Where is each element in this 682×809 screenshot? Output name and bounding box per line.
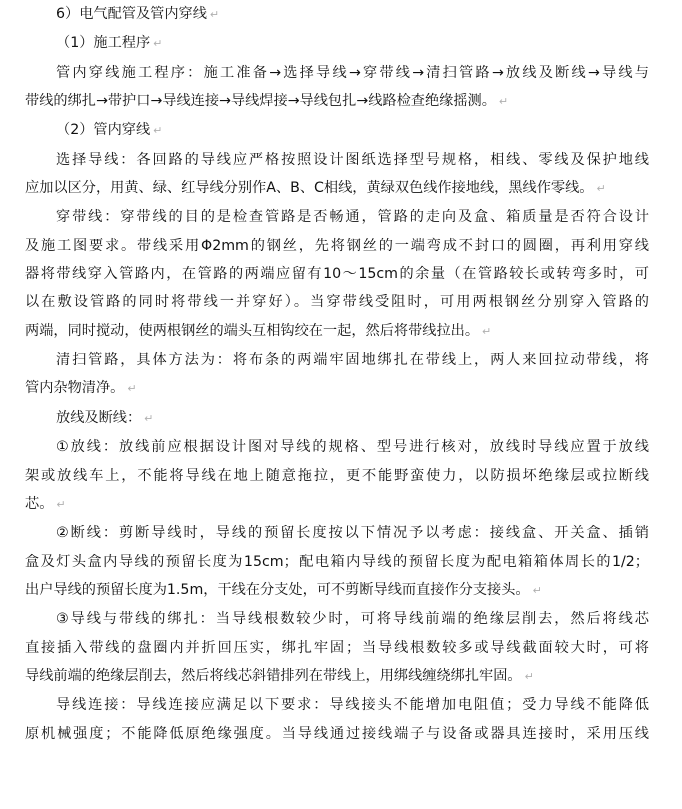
text-line: ①放线：放线前应根据设计图对导线的规格、型号进行核对，放线时导线应置于放线 bbox=[25, 433, 649, 461]
text-line: ③导线与带线的绑扎：当导线根数较少时，可将导线前端的绝缘层削去，然后将线芯 bbox=[25, 605, 649, 633]
text-line: 带线的绑扎→带护口→导线连接→导线焊接→导线包扎→线路检查绝缘摇测。 bbox=[25, 93, 496, 109]
text-line: 盒及灯头盒内导线的预留长度为15cm；配电箱内导线的预留长度为配电箱箱体周长的1… bbox=[25, 548, 649, 576]
paragraph-clean-pipe: 清扫管路，具体方法为：将布条的两端牢固地绑扎在带线上，两人来回拉动带线，将 管内… bbox=[25, 346, 649, 404]
paragraph-pull-wire: 穿带线：穿带线的目的是检查管路是否畅通，管路的走向及盒、箱质量是否符合设计 及施… bbox=[25, 203, 649, 346]
paragraph-procedure-flow: 管内穿线施工程序：施工准备→选择导线→穿带线→清扫管路→放线及断线→导线与 带线… bbox=[25, 59, 649, 117]
text-line: 以在敷设管路的同时将带线一并穿好）。当穿带线受阻时，可用两根钢丝分别穿入管路的 bbox=[25, 288, 649, 316]
text-line: 导线连接：导线连接应满足以下要求：导线接头不能增加电阻值；受力导线不能降低 bbox=[25, 691, 649, 719]
paragraph-mark-icon: ↵ bbox=[210, 8, 219, 21]
paragraph-mark-icon: ↵ bbox=[144, 412, 153, 425]
paragraph-select-wire: 选择导线：各回路的导线应严格按照设计图纸选择型号规格，相线、零线及保护地线 应加… bbox=[25, 146, 649, 204]
subheading-wire-threading: （2）管内穿线↵ bbox=[25, 116, 649, 145]
paragraph-mark-icon: ↵ bbox=[525, 670, 534, 683]
text-line: 出户导线的预留长度为1.5m，干线在分支处，可不剪断导线而直接作分支接头。 bbox=[25, 582, 530, 598]
paragraph-mark-icon: ↵ bbox=[127, 382, 136, 395]
paragraph-pay-out-and-cut: 放线及断线：↵ bbox=[25, 404, 649, 433]
paragraph-binding: ③导线与带线的绑扎：当导线根数较少时，可将导线前端的绝缘层削去，然后将线芯 直接… bbox=[25, 605, 649, 691]
text-line: 器将带线穿入管路内，在管路的两端应留有10～15cm的余量（在管路较长或转弯多时… bbox=[25, 260, 649, 288]
paragraph-mark-icon: ↵ bbox=[499, 95, 508, 108]
text-line: 选择导线：各回路的导线应严格按照设计图纸选择型号规格，相线、零线及保护地线 bbox=[25, 146, 649, 174]
paragraph-mark-icon: ↵ bbox=[153, 37, 162, 50]
heading-text: 6）电气配管及管内穿线 bbox=[56, 6, 207, 22]
text-line: 导线前端的绝缘层削去，然后将线芯斜错排列在带线上，用绑线缠绕绑扎牢固。 bbox=[25, 668, 522, 684]
paragraph-mark-icon: ↵ bbox=[596, 182, 605, 195]
subheading-text: （1）施工程序 bbox=[56, 35, 150, 51]
section-heading-6: 6）电气配管及管内穿线↵ bbox=[25, 0, 649, 29]
text-line: 管内杂物清净。 bbox=[25, 380, 124, 396]
text-line: 直接插入带线的盘圈内并折回压实，绑扎牢固；当导线根数较多或导线截面较大时，可将 bbox=[25, 634, 649, 662]
document-body: 6）电气配管及管内穿线↵ （1）施工程序↵ 管内穿线施工程序：施工准备→选择导线… bbox=[25, 0, 649, 748]
text-line: 两端，同时搅动，使两根钢丝的端头互相钩绞在一起，然后将带线拉出。 bbox=[25, 323, 479, 339]
text-line: 芯。 bbox=[25, 496, 53, 512]
text-line: 清扫管路，具体方法为：将布条的两端牢固地绑扎在带线上，两人来回拉动带线，将 bbox=[25, 346, 649, 374]
text-line: ②断线：剪断导线时，导线的预留长度按以下情况予以考虑：接线盒、开关盒、插销 bbox=[25, 519, 649, 547]
paragraph-cut-wire: ②断线：剪断导线时，导线的预留长度按以下情况予以考虑：接线盒、开关盒、插销 盒及… bbox=[25, 519, 649, 605]
text-line: 架或放线车上，不能将导线在地上随意拖拉，更不能野蛮使力，以防损坏绝缘层或拉断线 bbox=[25, 462, 649, 490]
paragraph-mark-icon: ↵ bbox=[533, 584, 542, 597]
text-line: 应加以区分，用黄、绿、红导线分别作A、B、C相线，黄绿双色线作接地线，黑线作零线… bbox=[25, 180, 593, 196]
subheading-construction-procedure: （1）施工程序↵ bbox=[25, 29, 649, 58]
paragraph-mark-icon: ↵ bbox=[56, 498, 65, 511]
text-line: 及施工图要求。带线采用Φ2mm的钢丝，先将钢丝的一端弯成不封口的圆圈，再利用穿线 bbox=[25, 232, 649, 260]
subheading-text: （2）管内穿线 bbox=[56, 122, 150, 138]
paragraph-wire-connection: 导线连接：导线连接应满足以下要求：导线接头不能增加电阻值；受力导线不能降低 原机… bbox=[25, 691, 649, 748]
text-line: 原机械强度；不能降低原绝缘强度。当导线通过接线端子与设备或器具连接时，采用压线 bbox=[25, 720, 649, 748]
text-line: 放线及断线： bbox=[56, 410, 141, 426]
paragraph-mark-icon: ↵ bbox=[482, 325, 491, 338]
paragraph-mark-icon: ↵ bbox=[153, 124, 162, 137]
text-line: 穿带线：穿带线的目的是检查管路是否畅通，管路的走向及盒、箱质量是否符合设计 bbox=[25, 203, 649, 231]
text-line: 管内穿线施工程序：施工准备→选择导线→穿带线→清扫管路→放线及断线→导线与 bbox=[25, 59, 649, 87]
paragraph-pay-out: ①放线：放线前应根据设计图对导线的规格、型号进行核对，放线时导线应置于放线 架或… bbox=[25, 433, 649, 519]
